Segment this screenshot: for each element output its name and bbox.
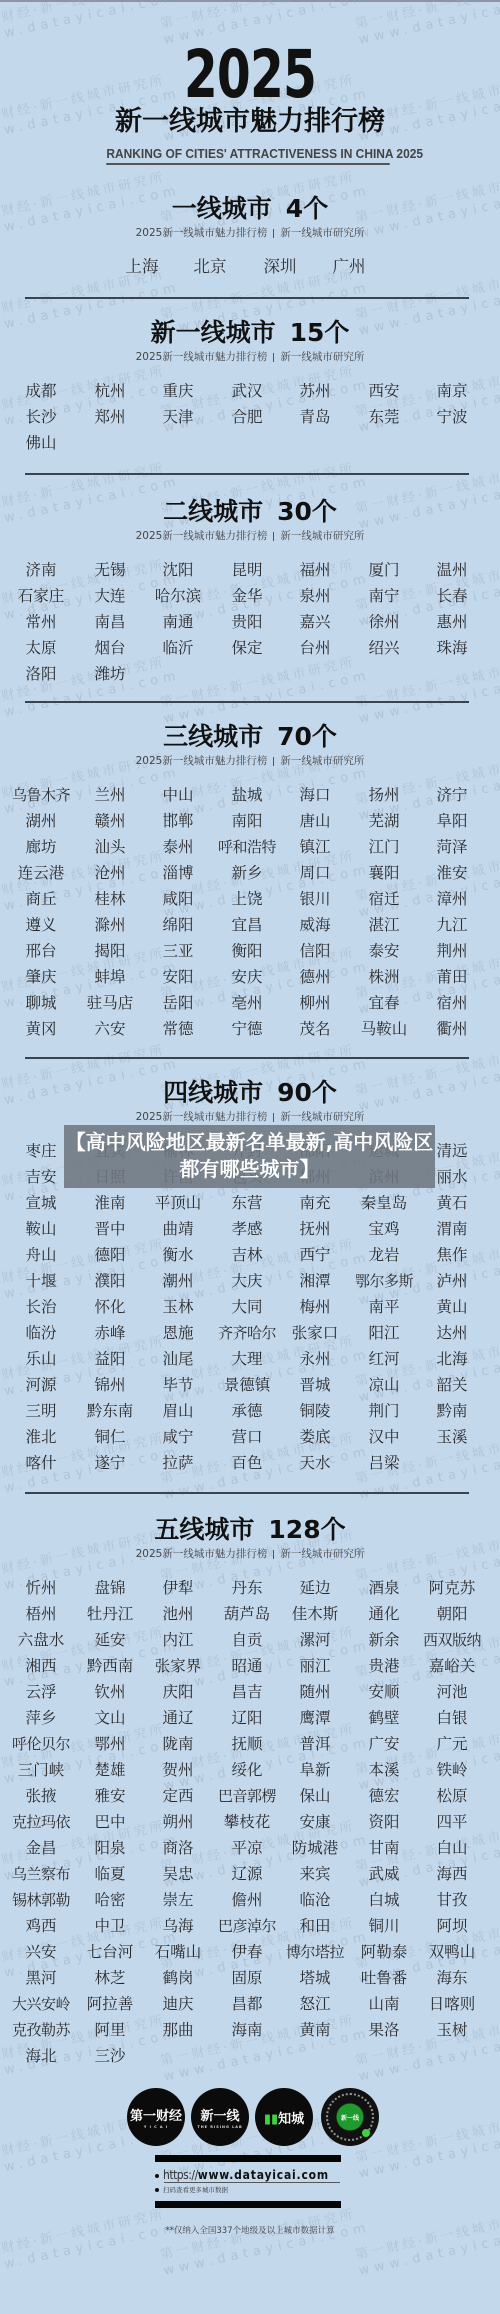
city-item: 衡水 [138,1242,218,1268]
city-item: 青岛 [275,404,355,430]
city-item: 柳州 [275,990,355,1016]
city-item: 焦作 [412,1242,492,1268]
footer-bar-bottom [155,2201,341,2208]
tier-count: 30个 [277,497,337,526]
city-item: 太原 [1,635,81,661]
city-item: 潮州 [138,1268,218,1294]
scan-hint-text: 扫码查看更多城市数据 [163,2186,228,2194]
city-item: 九江 [412,912,492,938]
headline-overlay[interactable]: 【高中风险地区最新名单最新,高中风险区都有哪些城市】 [64,1125,435,1188]
city-item: 信阳 [275,938,355,964]
city-item: 金昌 [1,1835,81,1861]
watermark: 第一财经·新一线城市研究所www.datayicai.com [159,2204,372,2279]
page-subtitle-en: RANKING OF CITIES' ATTRACTIVENESS IN CHI… [106,146,389,165]
city-item: 阿坝 [412,1913,492,1939]
city-item: 抚州 [275,1216,355,1242]
tier-name: 五线城市 [154,1515,254,1544]
city-item: 西宁 [275,1242,355,1268]
city-item: 萍乡 [1,1705,81,1731]
city-item: 六盘水 [1,1627,81,1653]
city-item: 塔城 [275,1965,355,1991]
city-item: 曲靖 [138,1216,218,1242]
city-item: 重庆 [138,378,218,404]
city-item: 河池 [412,1679,492,1705]
city-item: 白银 [412,1705,492,1731]
city-item: 定西 [138,1783,218,1809]
city-item: 镇江 [275,834,355,860]
city-item: 玉树 [412,2017,492,2043]
city-item: 海东 [412,1965,492,1991]
tier-title: 三线城市70个 [0,722,500,752]
rising-lab-logo-sub: THE RISING LAB [197,2125,242,2129]
credit-institute: 新一线城市研究所 [280,1111,364,1123]
city-item: 阜阳 [412,808,492,834]
tier-section-3: 二线城市30个2025新一线城市魅力排行榜新一线城市研究所济南无锡沈阳昆明福州厦… [0,497,500,687]
tier-name: 三线城市 [163,722,263,751]
city-item: 喀什 [1,1450,81,1476]
credit-institute: 新一线城市研究所 [280,755,364,767]
credit-separator [273,1113,274,1122]
city-item: 周口 [275,860,355,886]
credit-institute: 新一线城市研究所 [280,227,364,239]
section-divider [25,1057,469,1059]
tier-title: 一线城市4个 [0,194,500,224]
tier-name: 四线城市 [163,1078,263,1107]
city-item: 邯郸 [138,808,218,834]
credit-ranking: 2025新一线城市魅力排行榜 [136,227,268,239]
city-item: 恩施 [138,1320,218,1346]
city-item: 鹤岗 [138,1965,218,1991]
tier-title: 四线城市90个 [0,1078,500,1108]
city-item: 陇南 [138,1731,218,1757]
city-item: 丽江 [275,1653,355,1679]
city-item: 黔南 [412,1398,492,1424]
city-grid: 济南无锡沈阳昆明福州厦门温州石家庄大连哈尔滨金华泉州南宁长春常州南昌南通贵阳嘉兴… [0,557,500,687]
city-item: 宣城 [1,1190,81,1216]
city-item: 安阳 [138,964,218,990]
city-item: 克孜勒苏 [1,2017,81,2043]
url-host: www.datayicai.com [198,2168,329,2182]
section-divider [25,297,469,299]
city-item: 菏泽 [412,834,492,860]
watermark-line: 第一财经·新一线城市研究所 [0,0,167,32]
logo-row: 第一财经 Y I C A I 新一线 THE RISING LAB ▮▮知城 新… [127,2088,387,2148]
wechat-mini-program-icon [362,2129,370,2137]
city-item: 泉州 [275,583,355,609]
city-item: 大兴安岭 [1,1991,81,2017]
city-item: 长春 [412,583,492,609]
city-item: 湘潭 [275,1268,355,1294]
city-item: 阿克苏 [412,1575,492,1601]
tier-credit: 2025新一线城市魅力排行榜新一线城市研究所 [0,754,500,768]
city-item: 呼伦贝尔 [1,1731,81,1757]
city-item: 鹰潭 [275,1705,355,1731]
city-item: 娄底 [275,1424,355,1450]
city-item: 海西 [412,1861,492,1887]
yicai-logo-sub: Y I C A I [144,2125,168,2129]
city-item: 三沙 [70,2043,150,2069]
city-item: 漳州 [412,886,492,912]
city-item: 黄南 [275,2017,355,2043]
credit-separator [273,532,274,541]
city-item: 宿州 [412,990,492,1016]
city-item: 嘉兴 [275,609,355,635]
city-item: 衢州 [412,1016,492,1042]
city-item: 苏州 [275,378,355,404]
city-item: 黄冈 [1,1016,81,1042]
tier-section-4: 三线城市70个2025新一线城市魅力排行榜新一线城市研究所乌鲁木齐兰州中山盐城海… [0,722,500,1042]
yicai-logo-text: 第一财经 [130,2105,182,2124]
city-grid: 上海北京深圳广州 [0,254,500,280]
tier-section-2: 新一线城市15个2025新一线城市魅力排行榜新一线城市研究所成都杭州重庆武汉苏州… [0,318,500,456]
city-item: 唐山 [275,808,355,834]
zhicheng-mark-icon: ▮▮ [264,2112,278,2127]
city-item: 莆田 [412,964,492,990]
city-item: 商丘 [1,886,81,912]
city-item: 乌兰察布 [1,1861,81,1887]
website-link[interactable]: https://www.datayicai.com [164,2168,340,2183]
city-item: 迪庆 [138,1991,218,2017]
city-item: 普洱 [275,1731,355,1757]
city-item: 珠海 [412,635,492,661]
city-item: 长沙 [1,404,81,430]
city-item: 保山 [275,1783,355,1809]
city-item: 嘉峪关 [412,1653,492,1679]
credit-ranking: 2025新一线城市魅力排行榜 [136,1111,268,1123]
city-item: 铁岭 [412,1757,492,1783]
section-divider [25,701,469,703]
city-item: 安康 [275,1809,355,1835]
city-item: 邢台 [1,938,81,964]
city-item: 温州 [412,557,492,583]
city-item: 淮安 [412,860,492,886]
credit-separator [273,229,274,238]
credit-ranking: 2025新一线城市魅力排行榜 [136,530,268,542]
city-item: 成都 [1,378,81,404]
city-item: 泸州 [412,1268,492,1294]
mini-program-qr-code[interactable]: 新一线 [321,2088,379,2146]
city-item: 怒江 [275,1991,355,2017]
tier-count: 128个 [268,1515,345,1544]
city-item: 济宁 [412,782,492,808]
city-item: 佳木斯 [275,1601,355,1627]
city-item: 黄石 [412,1190,492,1216]
city-item: 天水 [275,1450,355,1476]
city-item: 朝阳 [412,1601,492,1627]
credit-separator [273,1550,274,1559]
zhicheng-logo: ▮▮知城 [255,2088,313,2146]
city-item: 南充 [275,1190,355,1216]
city-item: 云浮 [1,1679,81,1705]
city-item: 石家庄 [1,583,81,609]
city-item: 庆阳 [138,1679,218,1705]
city-item: 随州 [275,1679,355,1705]
tier-title: 五线城市128个 [0,1515,500,1545]
tier-name: 新一线城市 [151,318,276,347]
city-item: 乌鲁木齐 [1,782,81,808]
city-item: 石嘴山 [138,1939,218,1965]
city-item: 聊城 [1,990,81,1016]
watermark: 第一财经·新一线城市研究所www.datayicai.com [354,2204,500,2279]
city-item: 伊犁 [138,1575,218,1601]
city-item: 广元 [412,1731,492,1757]
credit-institute: 新一线城市研究所 [280,1548,364,1560]
city-item: 湘西 [1,1653,81,1679]
city-item: 天津 [138,404,218,430]
city-item: 甘孜 [412,1887,492,1913]
city-item: 崇左 [138,1887,218,1913]
city-item: 延边 [275,1575,355,1601]
footer-bar-top [155,2155,341,2162]
city-item: 宁波 [412,404,492,430]
city-item: 北海 [412,1346,492,1372]
city-item: 张掖 [1,1783,81,1809]
tier-title: 新一线城市15个 [0,318,500,348]
city-item: 廊坊 [1,834,81,860]
city-item: 南通 [138,609,218,635]
city-item: 拉萨 [138,1450,218,1476]
city-item: 三明 [1,1398,81,1424]
city-item: 北京 [170,254,250,280]
city-item: 白山 [412,1835,492,1861]
tier-credit: 2025新一线城市魅力排行榜新一线城市研究所 [0,1547,500,1561]
city-item: 德州 [275,964,355,990]
hero-year: 2025 [45,42,455,108]
city-item: 内江 [138,1627,218,1653]
tier-name: 一线城市 [172,194,272,223]
tier-credit: 2025新一线城市魅力排行榜新一线城市研究所 [0,529,500,543]
city-item: 玉林 [138,1294,218,1320]
city-item: 眉山 [138,1398,218,1424]
city-item: 博尔塔拉 [275,1939,355,1965]
city-item: 潍坊 [70,661,150,687]
city-item: 克拉玛依 [1,1809,81,1835]
city-item: 威海 [275,912,355,938]
city-grid: 成都杭州重庆武汉苏州西安南京长沙郑州天津合肥青岛东莞宁波佛山 [0,378,500,456]
city-item: 黑河 [1,1965,81,1991]
city-item: 永州 [275,1346,355,1372]
city-item: 鸡西 [1,1913,81,1939]
tier-credit: 2025新一线城市魅力排行榜新一线城市研究所 [0,1110,500,1124]
page-title: 新一线城市魅力排行榜 [0,106,500,138]
city-item: 四平 [412,1809,492,1835]
city-grid: 枣庄宜宾榆林开封邵阳运城清远吉安日照许昌包头郴州滨州丽水宣城淮南平顶山东营南充秦… [0,1138,500,1476]
city-item: 来宾 [275,1861,355,1887]
watermark: 第一财经·新一线城市研究所www.datayicai.com [0,2204,182,2279]
city-item: 那曲 [138,2017,218,2043]
city-item: 乐山 [1,1346,81,1372]
city-item: 惠州 [412,609,492,635]
city-item: 达州 [412,1320,492,1346]
city-item: 韶关 [412,1372,492,1398]
credit-separator [273,757,274,766]
city-item: 三门峡 [1,1757,81,1783]
city-item: 长治 [1,1294,81,1320]
city-item: 汕尾 [138,1346,218,1372]
city-item: 湖州 [1,808,81,834]
credit-separator [273,353,274,362]
footnote: **仅纳入全国337个地级及以上城市数据计算 [0,2224,500,2236]
city-item: 济南 [1,557,81,583]
city-item: 茂名 [275,1016,355,1042]
credit-ranking: 2025新一线城市魅力排行榜 [136,755,268,767]
city-item: 三亚 [138,938,218,964]
bullet-icon [155,2188,159,2192]
city-item: 广州 [309,254,389,280]
city-item: 银川 [275,886,355,912]
city-item: 朔州 [138,1809,218,1835]
city-item: 临沂 [138,635,218,661]
city-item: 深圳 [240,254,320,280]
section-divider [25,473,469,475]
city-item: 商洛 [138,1835,218,1861]
city-item: 贺州 [138,1757,218,1783]
city-grid: 忻州盘锦伊犁丹东延边酒泉阿克苏梧州牡丹江池州葫芦岛佳木斯通化朝阳六盘水延安内江自… [0,1575,500,2069]
credit-institute: 新一线城市研究所 [280,351,364,363]
city-item: 中山 [138,782,218,808]
city-item: 遵义 [1,912,81,938]
url-protocol: https:// [163,2168,198,2182]
city-item: 佛山 [1,430,81,456]
city-item: 舟山 [1,1242,81,1268]
credit-ranking: 2025新一线城市魅力排行榜 [136,351,268,363]
city-item: 临沧 [275,1887,355,1913]
city-item: 海北 [1,2043,81,2069]
city-item: 和田 [275,1913,355,1939]
tier-credit: 2025新一线城市魅力排行榜新一线城市研究所 [0,226,500,240]
city-item: 梧州 [1,1601,81,1627]
city-item: 咸阳 [138,886,218,912]
tier-section-6: 五线城市128个2025新一线城市魅力排行榜新一线城市研究所忻州盘锦伊犁丹东延边… [0,1515,500,2069]
city-item: 吴忠 [138,1861,218,1887]
city-item: 临汾 [1,1320,81,1346]
yicai-logo: 第一财经 Y I C A I [127,2088,185,2146]
tier-count: 70个 [277,722,337,751]
watermark-line: 第一财经·新一线城市研究所 [354,0,500,32]
city-item: 平顶山 [138,1190,218,1216]
city-item: 淮北 [1,1424,81,1450]
city-item: 渭南 [412,1216,492,1242]
tier-credit: 2025新一线城市魅力排行榜新一线城市研究所 [0,350,500,364]
tier-section-1: 一线城市4个2025新一线城市魅力排行榜新一线城市研究所上海北京深圳广州 [0,194,500,280]
city-item: 岳阳 [138,990,218,1016]
city-item: 兴安 [1,1939,81,1965]
city-item: 防城港 [275,1835,355,1861]
city-item: 吕梁 [344,1450,424,1476]
city-item: 常州 [1,609,81,635]
city-item: 乌海 [138,1913,218,1939]
tier-count: 15个 [290,318,350,347]
city-item: 铜陵 [275,1398,355,1424]
city-item: 咸宁 [138,1424,218,1450]
city-item: 河源 [1,1372,81,1398]
city-item: 鞍山 [1,1216,81,1242]
city-item: 忻州 [1,1575,81,1601]
city-item: 日喀则 [412,1991,492,2017]
credit-institute: 新一线城市研究所 [280,530,364,542]
city-item: 黄山 [412,1294,492,1320]
city-grid: 乌鲁木齐兰州中山盐城海口扬州济宁湖州赣州邯郸南阳唐山芜湖阜阳廊坊汕头泰州呼和浩特… [0,782,500,1042]
city-item: 池州 [138,1601,218,1627]
city-item: 淄博 [138,860,218,886]
city-item: 福州 [275,557,355,583]
city-item: 台州 [275,635,355,661]
tier-name: 二线城市 [163,497,263,526]
top-border [0,0,500,2]
section-divider [25,1492,469,1494]
city-item: 锡林郭勒 [1,1887,81,1913]
city-item: 漯河 [275,1627,355,1653]
city-item: 哈尔滨 [138,583,218,609]
city-item: 张家界 [138,1653,218,1679]
rising-lab-logo: 新一线 THE RISING LAB [191,2088,249,2146]
tier-count: 90个 [277,1078,337,1107]
city-item: 通辽 [138,1705,218,1731]
city-item: 松原 [412,1783,492,1809]
city-item: 南京 [412,378,492,404]
city-item: 十堰 [1,1268,81,1294]
city-item: 海口 [275,782,355,808]
city-item: 连云港 [1,860,81,886]
city-item: 洛阳 [1,661,81,687]
scan-hint: 扫码查看更多城市数据 [155,2185,341,2194]
city-item: 西双版纳 [412,1627,492,1653]
rising-lab-logo-text: 新一线 [200,2105,239,2124]
city-item: 沈阳 [138,557,218,583]
city-item: 阜新 [275,1757,355,1783]
city-item: 梅州 [275,1294,355,1320]
qr-center-label: 新一线 [341,2113,359,2122]
city-item: 晋城 [275,1372,355,1398]
credit-ranking: 2025新一线城市魅力排行榜 [136,1548,268,1560]
tier-count: 4个 [286,194,328,223]
zhicheng-logo-text: 知城 [278,2112,304,2127]
watermark-line: 第一财经·新一线城市研究所 [159,0,357,32]
city-item: 泰州 [138,834,218,860]
city-item: 肇庆 [1,964,81,990]
city-item: 绵阳 [138,912,218,938]
city-item: 毕节 [138,1372,218,1398]
city-item: 玉溪 [412,1424,492,1450]
city-item: 常德 [138,1016,218,1042]
tier-title: 二线城市30个 [0,497,500,527]
city-item: 双鸭山 [412,1939,492,1965]
city-item: 荆州 [412,938,492,964]
bullet-icon [155,2174,159,2178]
city-item: 张家口 [275,1320,355,1346]
